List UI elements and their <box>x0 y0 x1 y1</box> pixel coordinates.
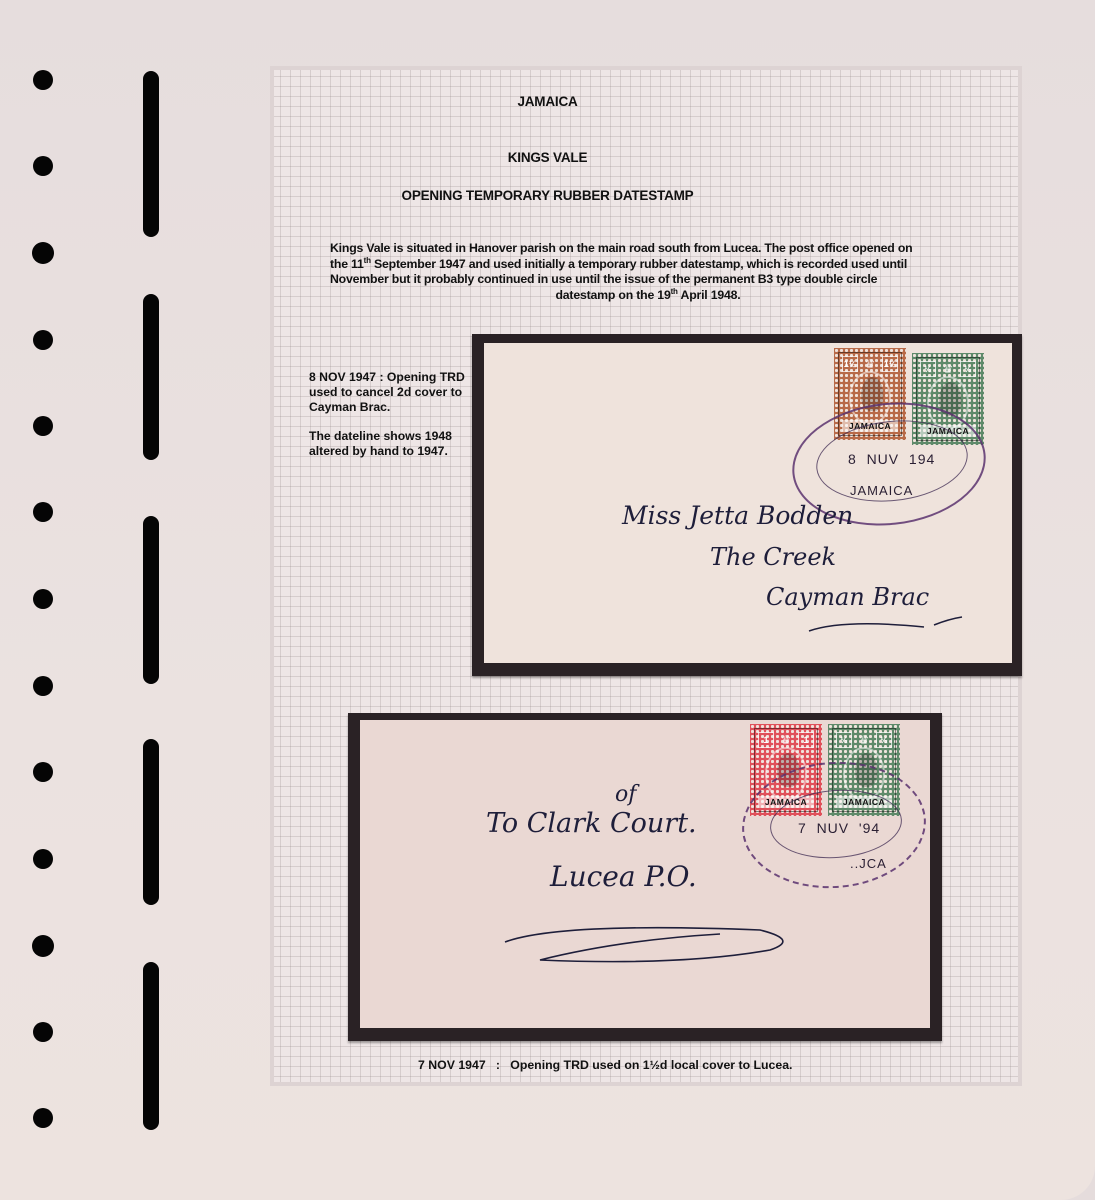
superscript: th <box>671 287 678 296</box>
intro-line: Kings Vale is situated in Hanover parish… <box>330 241 912 255</box>
crown-icon: ♛ <box>781 733 792 747</box>
cover1-address-line: The Creek <box>710 543 836 571</box>
binder-hole <box>33 676 53 696</box>
crown-icon: ♛ <box>943 362 954 376</box>
binder-hole <box>33 762 53 782</box>
cover1-note-date: 8 NOV 1947 : Opening TRD used to cancel … <box>309 370 479 415</box>
binder-hole <box>33 330 53 350</box>
intro-line: datestamp on the 19 <box>555 288 670 302</box>
album-page: JAMAICA KINGS VALE OPENING TEMPORARY RUB… <box>0 0 1095 1200</box>
binder-slot <box>143 294 159 460</box>
binder-hole <box>33 70 53 90</box>
intro-line: the 11 <box>330 257 364 271</box>
stamp-value: ½ <box>876 732 892 748</box>
cover2-address-line: To Clark Court. <box>486 808 697 839</box>
cover1-note-dateline: The dateline shows 1948 altered by hand … <box>309 429 479 459</box>
page-title-location: KINGS VALE <box>0 150 1095 165</box>
cover1-underline <box>804 609 964 639</box>
binder-slot <box>143 516 159 684</box>
binder-hole <box>33 416 53 436</box>
cover2-address-line: Lucea P.O. <box>550 860 697 893</box>
stamp-value: 1½ <box>842 356 858 372</box>
superscript: th <box>364 256 371 265</box>
crown-icon: ♛ <box>865 357 876 371</box>
stamp-value: ½ <box>960 361 976 377</box>
stamp-value: 1 <box>798 732 814 748</box>
stamp-value: ½ <box>920 361 936 377</box>
cover2-address-line: of <box>615 782 636 807</box>
cover2-caption: 7 NOV 1947 : Opening TRD used on 1½d loc… <box>418 1058 792 1072</box>
intro-line: April 1948. <box>678 288 741 302</box>
cover1-address-line: Cayman Brac <box>766 583 929 611</box>
binder-slot <box>143 739 159 905</box>
cover2-postmark-town: ..JCA <box>850 856 887 871</box>
stamp-value: 1 <box>758 732 774 748</box>
cover1-note: 8 NOV 1947 : Opening TRD used to cancel … <box>309 370 479 473</box>
intro-line: November but it probably continued in us… <box>330 272 877 286</box>
binder-hole <box>33 1108 53 1128</box>
stamp-value: 1½ <box>882 356 898 372</box>
binder-hole <box>33 1022 53 1042</box>
binder-hole <box>33 502 53 522</box>
cover1-address-line: Miss Jetta Bodden <box>622 501 853 530</box>
binder-hole <box>32 242 54 264</box>
cover2-postmark-date: 7 NUV '94 <box>798 820 880 836</box>
cover1-postmark-town: JAMAICA <box>850 483 913 498</box>
cover2-flourish <box>500 910 810 970</box>
binder-hole <box>32 935 54 957</box>
intro-paragraph: Kings Vale is situated in Hanover parish… <box>330 241 966 303</box>
page-title-country: JAMAICA <box>0 94 1095 109</box>
binder-slot <box>143 962 159 1130</box>
intro-line: September 1947 and used initially a temp… <box>371 257 907 271</box>
binder-hole <box>33 849 53 869</box>
intro-last-line: datestamp on the 19th April 1948. <box>330 288 966 304</box>
cover1-postmark-date: 8 NUV 194 <box>848 451 935 467</box>
page-subtitle: OPENING TEMPORARY RUBBER DATESTAMP <box>0 188 1095 203</box>
cover1-envelope: 1½ 1½ ♛ JAMAICA ½ ½ ♛ JAMAICA 8 NUV 194 … <box>484 343 1012 663</box>
crown-icon: ♛ <box>859 733 870 747</box>
binder-hole <box>33 589 53 609</box>
stamp-value: ½ <box>836 732 852 748</box>
cover2-envelope: 1 1 ♛ JAMAICA ½ ½ ♛ JAMAICA 7 NUV '94 ..… <box>360 720 930 1028</box>
